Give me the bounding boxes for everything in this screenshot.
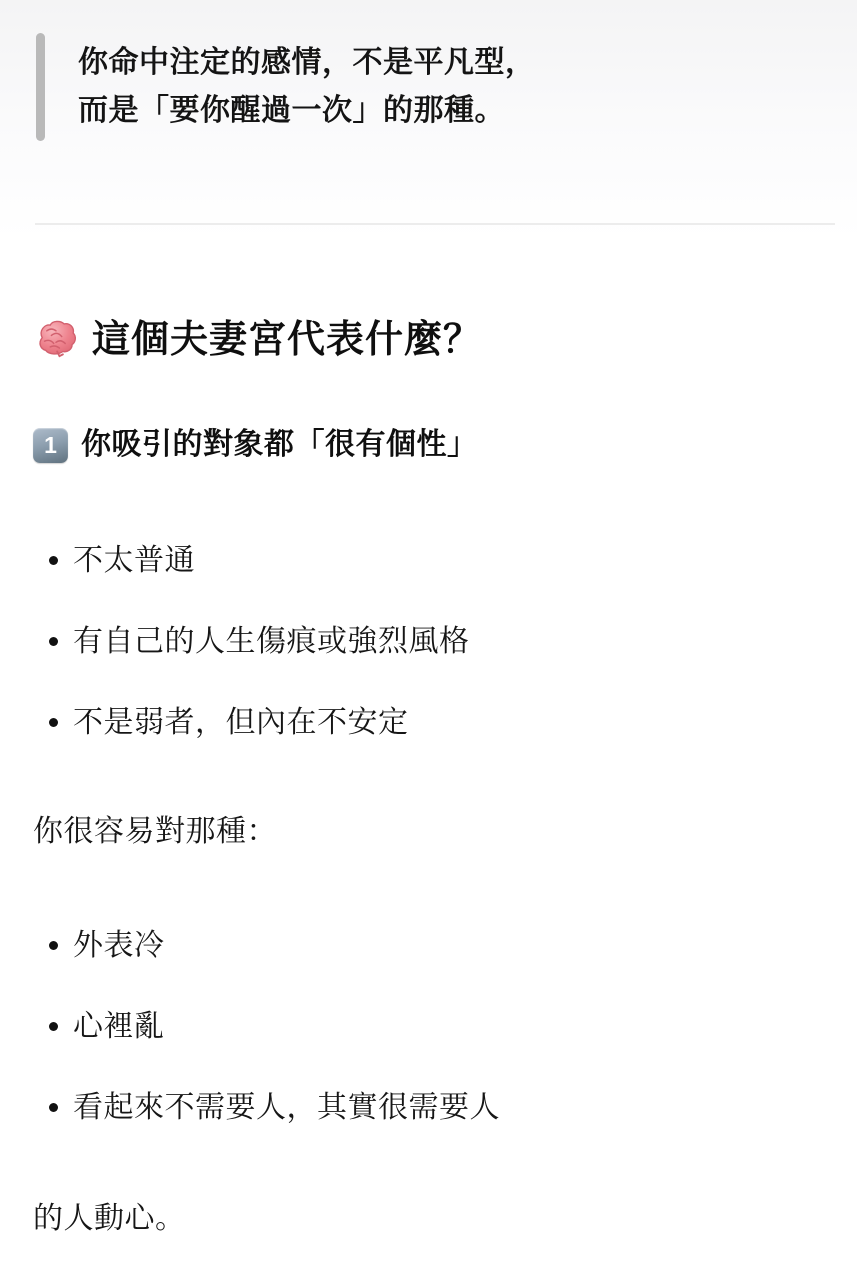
section-heading: 這個夫妻宮代表什麼？ — [33, 315, 835, 365]
paragraph: 你很容易對那種： — [33, 814, 835, 850]
subsection-heading: 1 你吸引的對象都「很有個性」 — [33, 427, 835, 463]
blockquote-line: 而是「要你醒過一次」的那種。 — [78, 87, 835, 135]
brain-icon — [33, 317, 79, 363]
paragraph: 的人動心。 — [33, 1201, 835, 1237]
list-item: 外表冷 — [33, 928, 835, 963]
bullet-list-traits: 不太普通 有自己的人生傷痕或強烈風格 不是弱者，但內在不安定 — [33, 543, 835, 740]
horizontal-divider — [35, 223, 835, 225]
list-item: 不是弱者，但內在不安定 — [33, 705, 835, 740]
list-item: 有自己的人生傷痕或強烈風格 — [33, 624, 835, 659]
blockquote: 你命中注定的感情，不是平凡型， 而是「要你醒過一次」的那種。 — [33, 33, 835, 141]
bullet-list-types: 外表冷 心裡亂 看起來不需要人，其實很需要人 — [33, 928, 835, 1125]
list-item: 看起來不需要人，其實很需要人 — [33, 1090, 835, 1125]
keycap-1-icon: 1 — [33, 428, 68, 463]
blockquote-line: 你命中注定的感情，不是平凡型， — [78, 39, 835, 87]
list-item: 心裡亂 — [33, 1009, 835, 1044]
document-body: 你命中注定的感情，不是平凡型， 而是「要你醒過一次」的那種。 這個夫妻宮代表什麼… — [0, 33, 857, 1237]
section-title: 這個夫妻宮代表什麼？ — [92, 315, 482, 365]
list-item: 不太普通 — [33, 543, 835, 578]
subsection-title: 你吸引的對象都「很有個性」 — [81, 427, 478, 463]
